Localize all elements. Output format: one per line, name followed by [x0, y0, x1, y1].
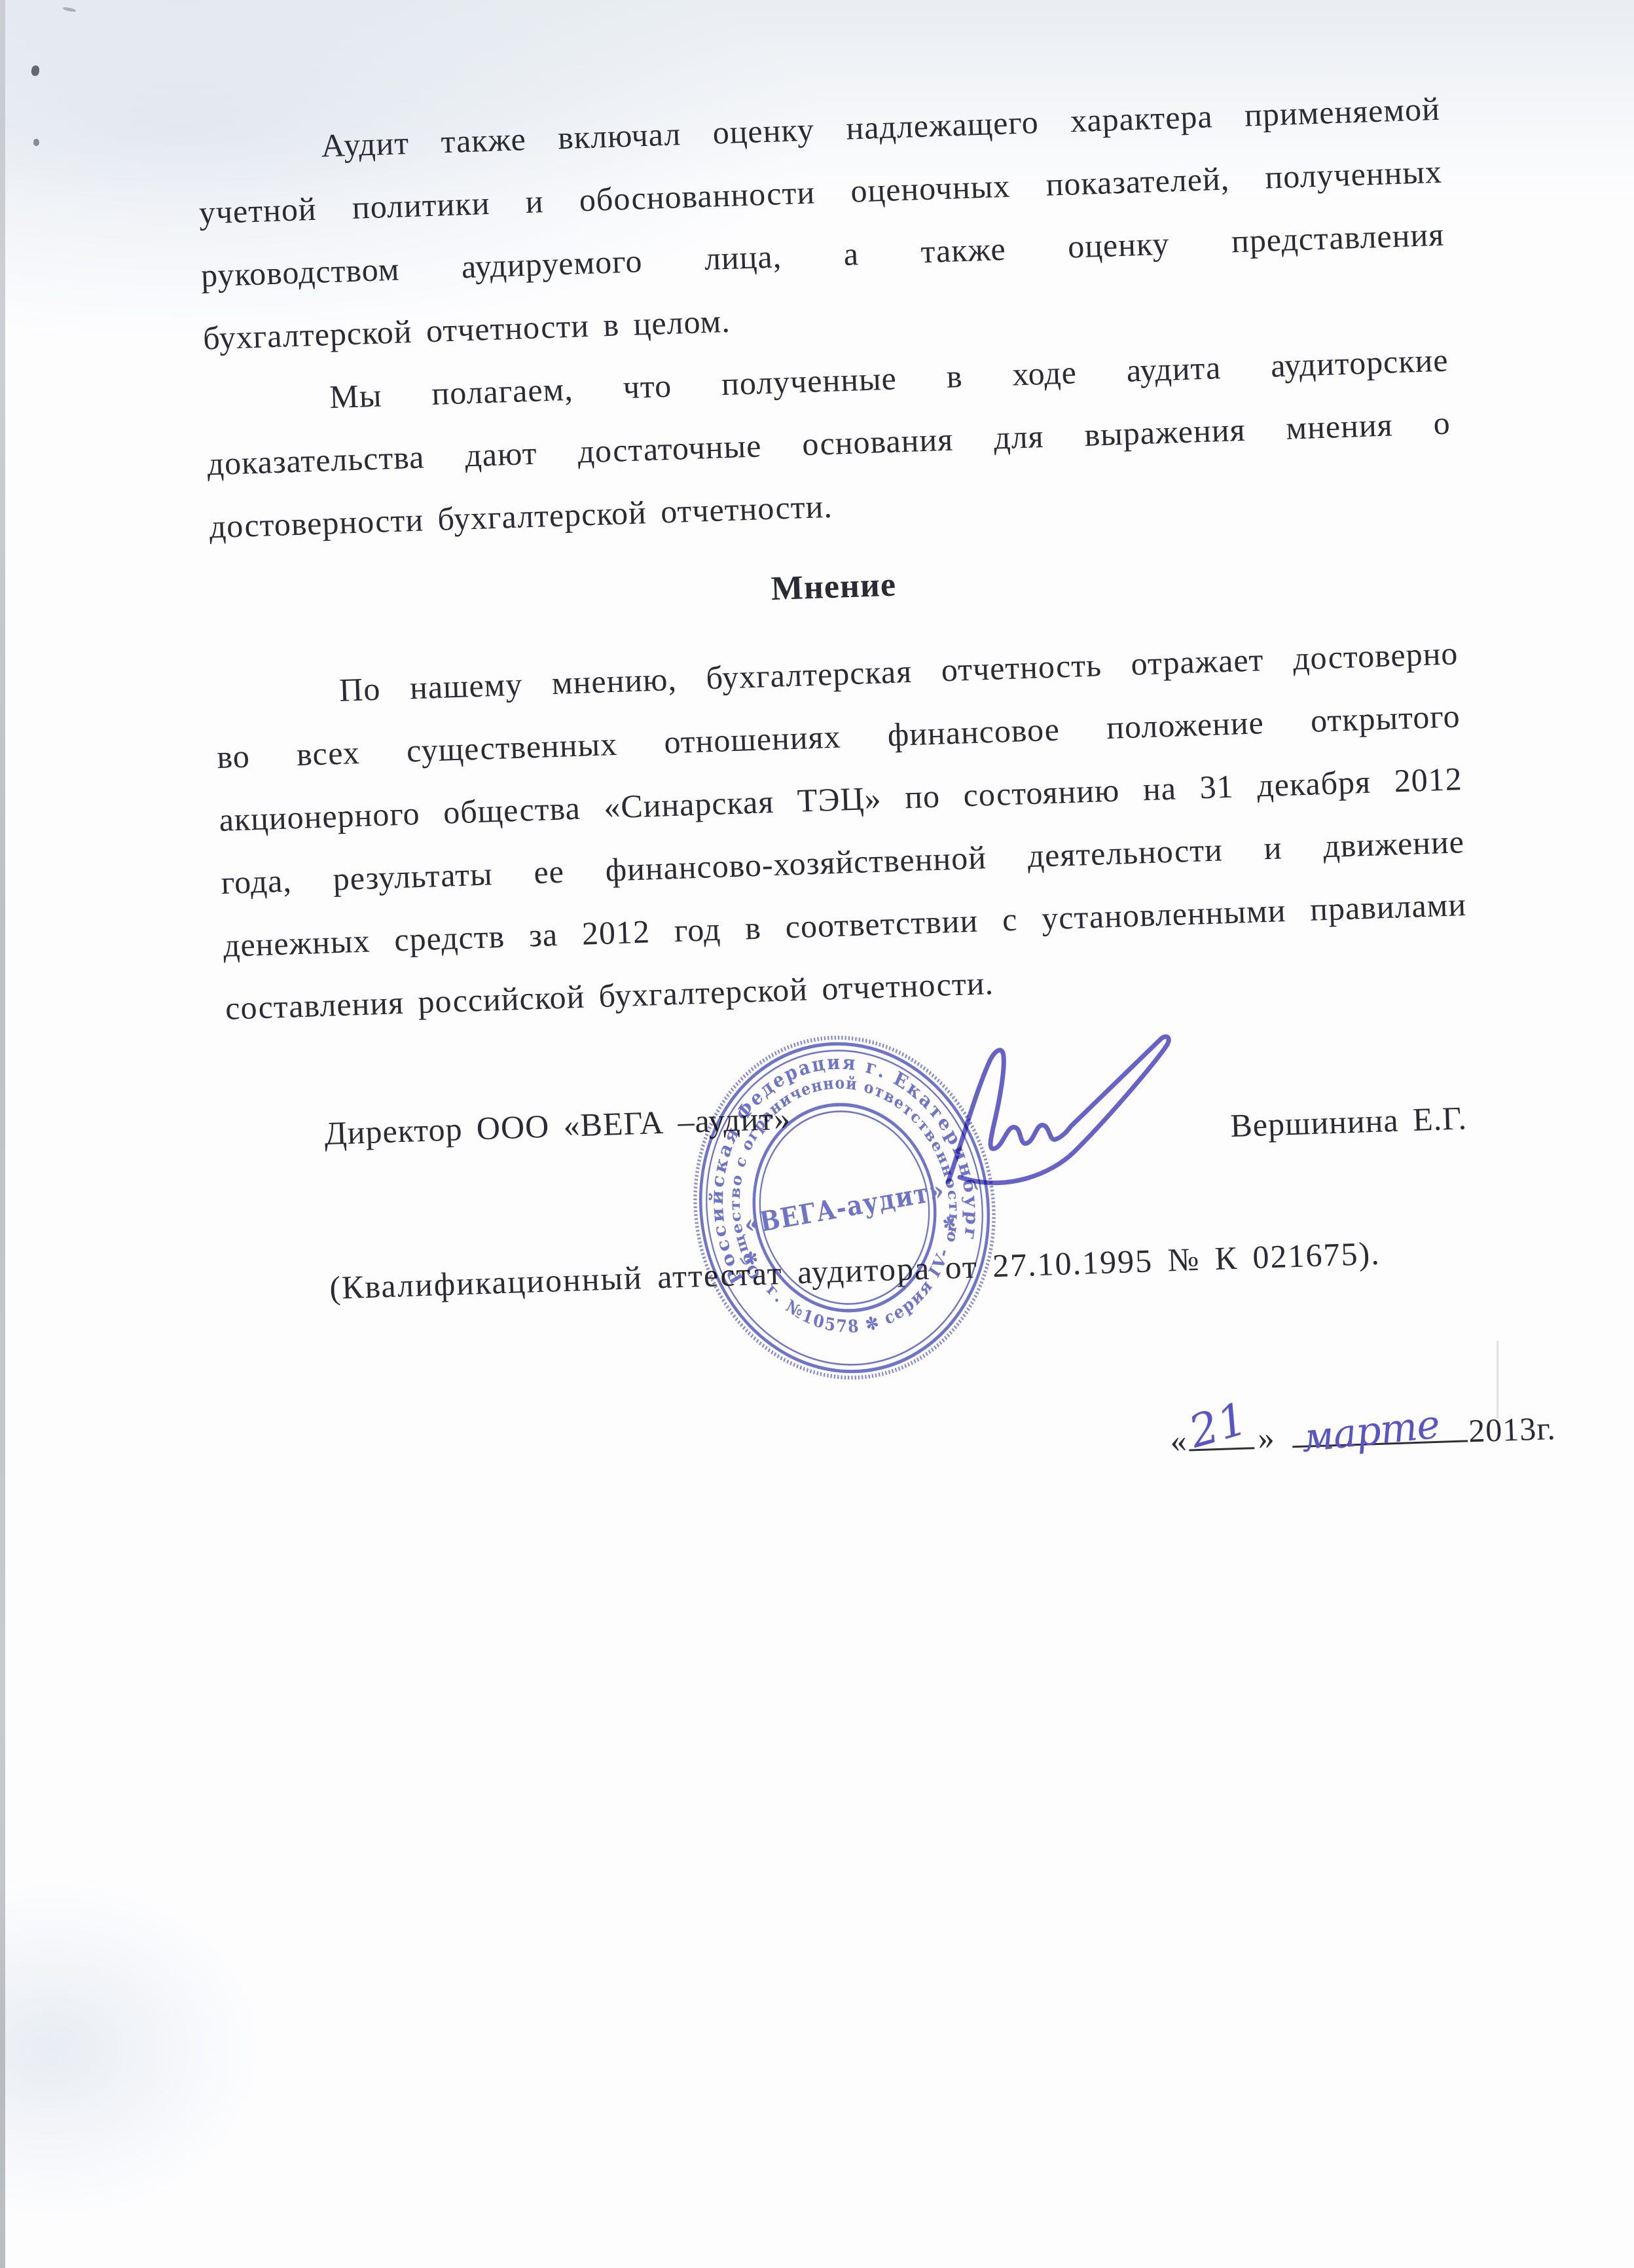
director-signature — [910, 1021, 1218, 1218]
date-line: « 21 » марте 2013г. — [240, 1397, 1557, 1503]
star-icon: ✼ — [744, 1247, 759, 1270]
scan-shading-bottom-left — [0, 1866, 281, 2233]
date-year: 2013г. — [1468, 1397, 1557, 1462]
date-month-blank: марте — [1292, 1440, 1468, 1448]
scan-edge-left — [0, 0, 5, 2268]
handwritten-month: марте — [1298, 1393, 1442, 1470]
director-name: Вершинина Е.Г. — [1229, 1086, 1475, 1157]
signature-stroke — [948, 1036, 1169, 1182]
date-open-quote: « — [1169, 1409, 1188, 1472]
paragraph-opinion: По нашему мнению, бухгалтерская отчетнос… — [214, 621, 1470, 1040]
paragraph-basis-for-opinion: Мы полагаем, что полученные в ходе аудит… — [204, 328, 1454, 558]
paragraph-audit-scope: Аудит также включал оценку надлежащего х… — [196, 77, 1447, 370]
date-close-quote: » — [1257, 1406, 1276, 1469]
date-day-blank: 21 — [1189, 1447, 1254, 1451]
scan-speck — [63, 7, 77, 12]
scan-speck — [33, 139, 39, 146]
handwritten-day: 21 — [1182, 1388, 1254, 1465]
scanned-audit-report-page: Аудит также включал оценку надлежащего х… — [0, 0, 1634, 2268]
scan-speck — [31, 65, 40, 77]
